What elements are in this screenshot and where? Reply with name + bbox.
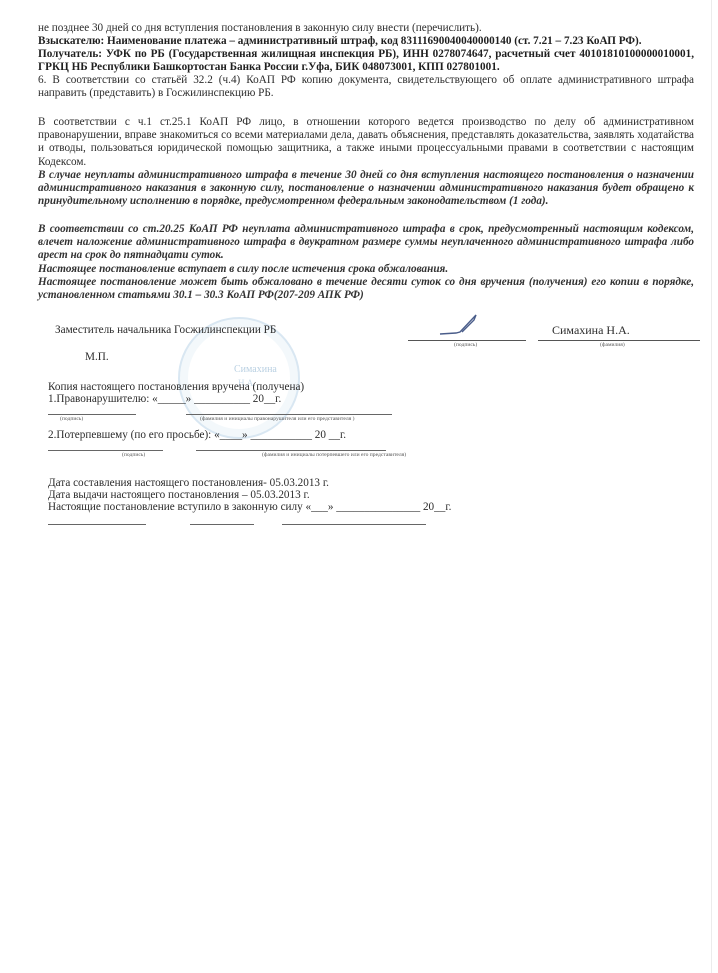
blank-line-2 [190,524,254,525]
victim-signature-line [48,450,163,451]
signature-caption: (подпись) [454,342,477,348]
signature-line [408,340,526,341]
name-line [538,340,700,341]
victim-name-caption: (фамилия и инициалы потерпевшего или его… [262,452,406,458]
effective-text: Настоящее постановление вступает в силу … [38,263,694,276]
page-edge [711,0,712,973]
collector-text: Взыскателю: Наименование платежа – админ… [38,35,694,48]
blank-line-3 [282,524,426,525]
offender-name-caption: (фамилия и инициалы правонарушителя или … [200,416,354,422]
item-6-text: 6. В соответствии со статьёй 32.2 (ч.4) … [38,74,694,100]
document-page: не позднее 30 дней со дня вступления пос… [0,0,718,973]
stamp-text: Симахина [234,364,277,375]
offender-signature-caption: (подпись) [60,416,83,422]
offender-delivery-line: 1.Правонарушителю: «_____» __________ 20… [48,393,281,406]
nonpayment-text: В случае неуплаты административного штра… [38,169,694,209]
signer-position: Заместитель начальника Госжилинспекции Р… [55,324,276,337]
rights-text: В соответствии с ч.1 ст.25.1 КоАП РФ лиц… [38,116,694,169]
payment-deadline-text: не позднее 30 дней со дня вступления пос… [38,22,482,35]
recipient-text: Получатель: УФК по РБ (Государственная ж… [38,48,694,74]
offender-name-line [186,414,392,415]
victim-signature-caption: (подпись) [122,452,145,458]
seal-label: М.П. [85,351,109,364]
in-force-line: Настоящие постановление вступило в закон… [48,501,451,514]
victim-name-line [196,450,386,451]
name-caption: (фамилия) [600,342,625,348]
offender-signature-line [48,414,136,415]
blank-line-1 [48,524,146,525]
article-2025-text: В соответствии со ст.20.25 КоАП РФ неупл… [38,223,694,263]
signer-name: Симахина Н.А. [552,324,630,337]
appeal-text: Настоящее постановление может быть обжал… [38,276,694,302]
victim-delivery-line: 2.Потерпевшему (по его просьбе): «____» … [48,429,346,442]
handwritten-signature-icon [438,312,488,338]
